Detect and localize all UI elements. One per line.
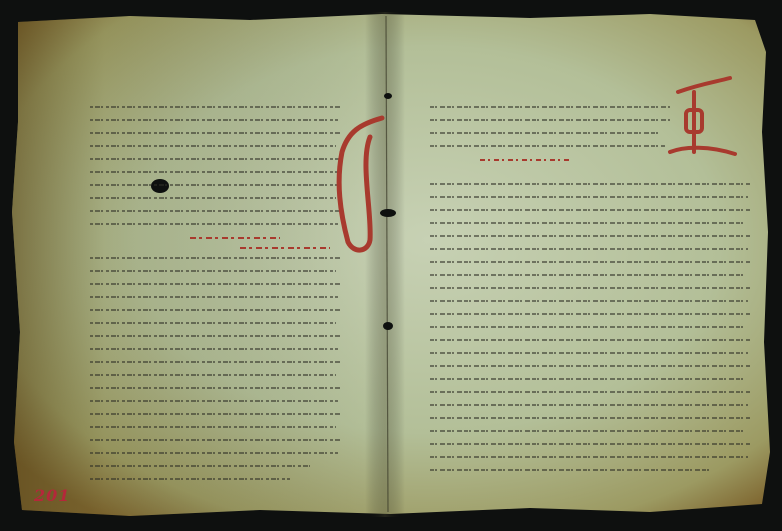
folio-number: 201 [34, 486, 70, 505]
parchment-svg [10, 12, 772, 517]
photo-background: 201 [0, 0, 782, 531]
manuscript-spread [10, 12, 772, 517]
